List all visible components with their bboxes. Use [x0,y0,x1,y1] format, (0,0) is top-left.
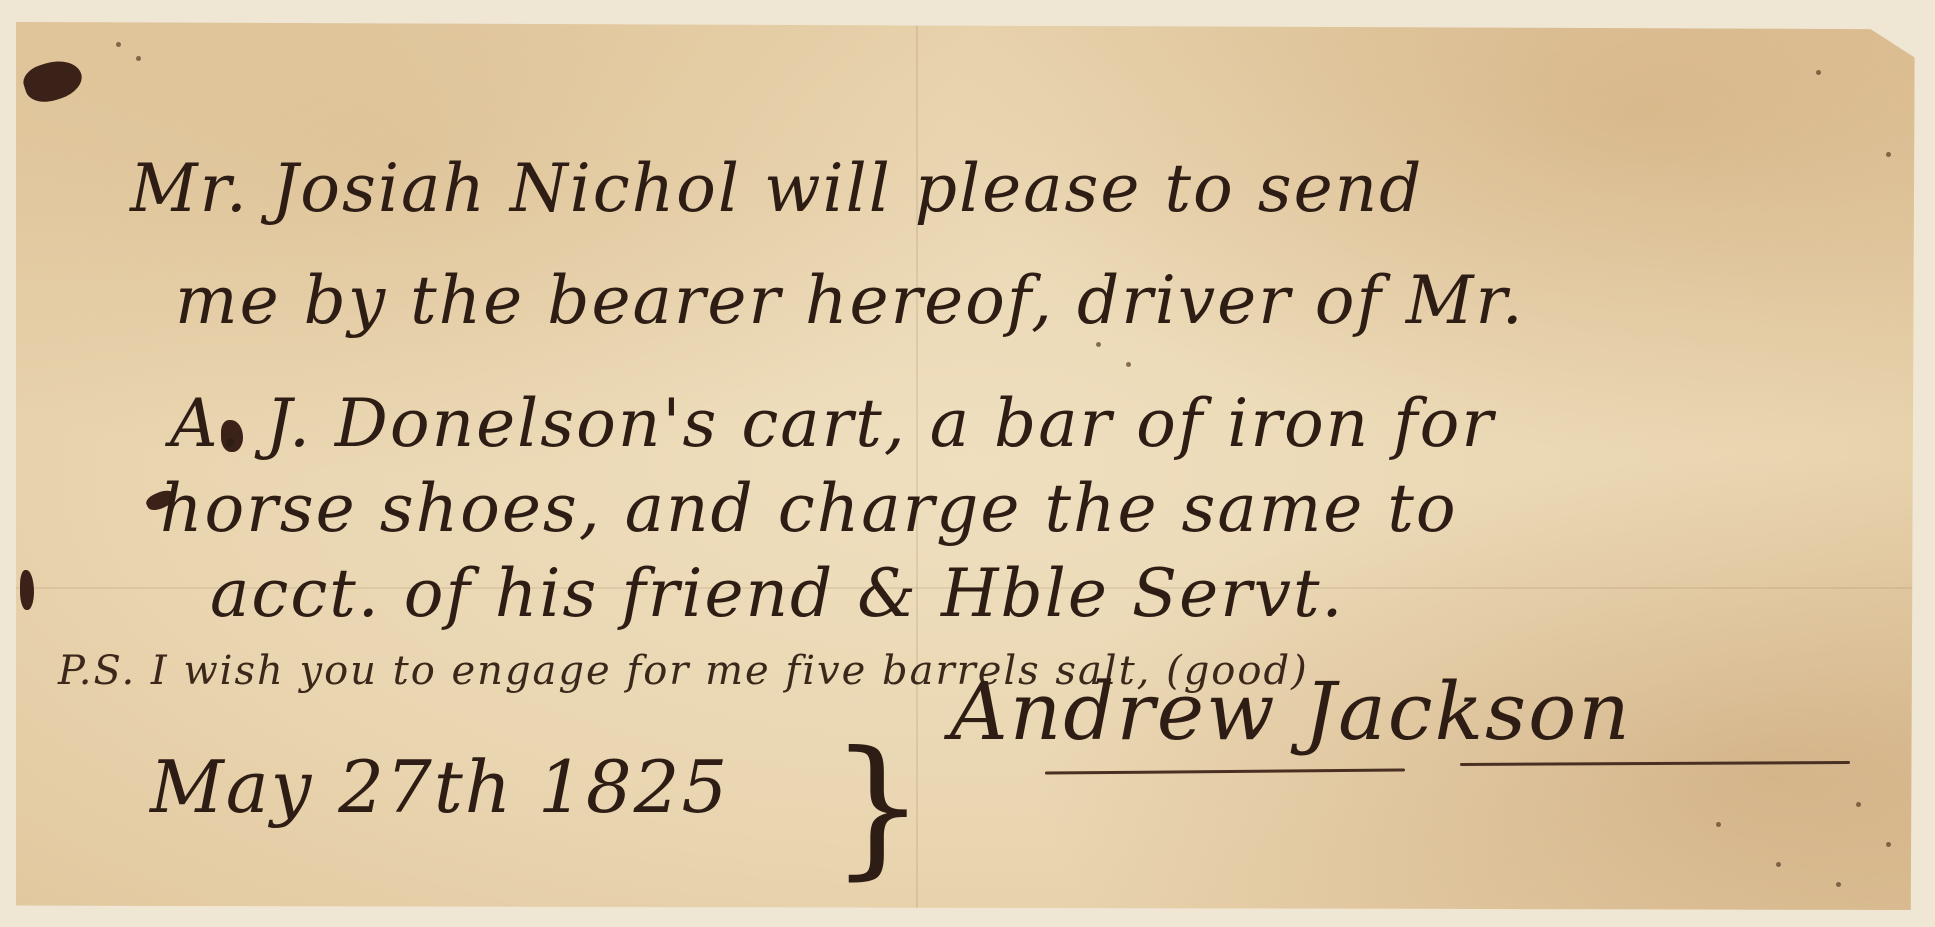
foxing-spot [1816,70,1821,75]
foxing-spot [116,42,121,47]
signature: Andrew Jackson [950,665,1632,758]
curly-brace-mark: } [830,720,927,894]
foxing-spot [1886,842,1891,847]
foxing-spot [1096,342,1101,347]
letter-line-1: Mr. Josiah Nichol will please to send [130,150,1423,227]
foxing-spot [1126,362,1131,367]
foxing-spot [1836,882,1841,887]
foxing-spot [1716,822,1721,827]
foxing-spot [1856,802,1861,807]
ink-blot [20,570,34,610]
foxing-spot [1886,152,1891,157]
letter-line-3: A. J. Donelson's cart, a bar of iron for [170,385,1495,462]
foxing-spot [136,56,141,61]
letter-line-2: me by the bearer hereof, driver of Mr. [175,262,1525,339]
letter-line-5: acct. of his friend & Hble Servt. [210,555,1345,632]
foxing-spot [1916,722,1921,727]
scan-mount-background: Mr. Josiah Nichol will please to send me… [0,0,1935,927]
foxing-spot [1776,862,1781,867]
letter-line-4: horse shoes, and charge the same to [160,470,1458,547]
ink-blot [20,54,87,108]
letter-date: May 27th 1825 [150,745,729,829]
